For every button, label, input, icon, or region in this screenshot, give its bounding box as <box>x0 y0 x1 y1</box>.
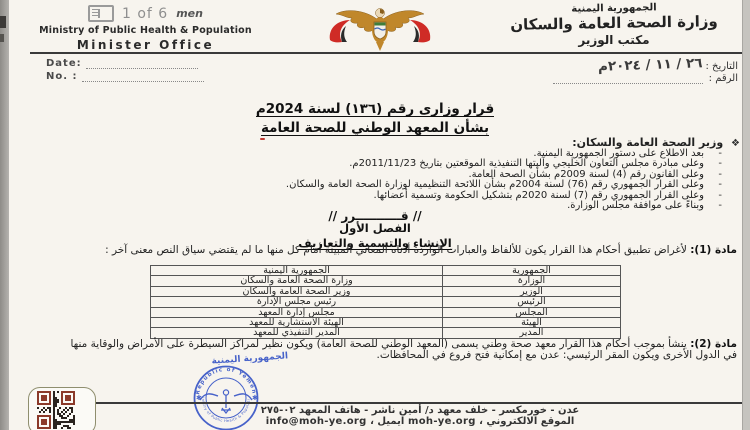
header-rule <box>30 52 742 54</box>
diamond-bullet-icon: ❖ <box>731 138 740 149</box>
number-row-ar: الرقم : <box>553 73 738 84</box>
corner-note: men <box>176 7 203 20</box>
date-label-ar: التاريخ : <box>705 61 738 72</box>
ministry-name-ar: وزارة الصحة العامة والسكان <box>488 12 740 34</box>
header-right: الجمهورية اليمنية وزارة الصحة العامة وال… <box>488 3 740 47</box>
scan-mark <box>0 16 6 28</box>
page-indicator: 1 of 6 <box>122 6 168 22</box>
scan-mark <box>0 34 4 42</box>
decree-title: قرار وزارى رقم (١٣٦) لسنة 2024م بشأن الم… <box>0 98 750 136</box>
term-cell: الوزارة <box>443 276 621 286</box>
number-line <box>82 72 204 82</box>
decree-title-line2: بشأن المعهد الوطني للصحة العامة <box>261 122 489 136</box>
decree-title-line1: قرار وزارى رقم (١٣٦) لسنة 2024م <box>256 103 494 117</box>
definition-cell: مجلس إدارة المعهد <box>151 307 443 317</box>
date-value-handwritten: ٢٦ / ١١ / ٢٠٢٤م <box>598 55 703 75</box>
stamp-calligraphy: الجمهورية اليمنية <box>211 351 288 366</box>
table-row: الوزارة وزارة الصحة العامة والسكان <box>151 276 621 286</box>
definitions-table: الجمهورية الجمهورية اليمنية الوزارة وزار… <box>150 265 621 339</box>
table-row: الجمهورية الجمهورية اليمنية <box>151 266 621 276</box>
term-cell: الرئيس <box>443 297 621 307</box>
table-row: الرئيس رئيس مجلس الإدارة <box>151 297 621 307</box>
term-cell: الجمهورية <box>443 266 621 276</box>
article-1-label: مادة (1): <box>690 244 737 256</box>
header-left: 1 of 6 men Ministry of Public Health & P… <box>38 5 253 52</box>
number-label-ar: الرقم : <box>709 73 738 84</box>
preamble-list: بعد الاطلاع على دستور الجمهورية اليمنية.… <box>40 149 730 211</box>
number-line-ar <box>553 74 703 84</box>
pages-icon[interactable] <box>88 5 114 22</box>
footer-address: عدن - خورمكسر - خلف معهد د/ أمين ناشر - … <box>100 405 740 416</box>
coat-of-arms <box>328 6 432 52</box>
office-name-en: Minister Office <box>38 38 253 52</box>
qr-code <box>28 387 96 430</box>
definition-cell: رئيس مجلس الإدارة <box>151 297 443 307</box>
definition-cell: الجمهورية اليمنية <box>151 266 443 276</box>
scanned-document-page: 1 of 6 men Ministry of Public Health & P… <box>0 0 750 430</box>
definition-cell: المدير التنفيذي للمعهد <box>151 328 443 338</box>
definition-cell: وزارة الصحة العامة والسكان <box>151 276 443 286</box>
ministry-name-en: Ministry of Public Health & Population <box>38 25 253 36</box>
number-row-en: No. : <box>46 71 206 82</box>
no-label-en: No. : <box>46 71 78 82</box>
svg-text:Republic of Yemen: Republic of Yemen <box>195 367 257 395</box>
term-cell: المجلس <box>443 307 621 317</box>
date-line <box>86 59 198 69</box>
article-1: مادة (1): لأغراض تطبيق أحكام هذا القرار … <box>55 245 737 256</box>
term-cell: الهيئة <box>443 318 621 328</box>
date-label-en: Date: <box>46 58 82 69</box>
footer-contact: الموقع الالكتروني ، moh-ye.org ايميل ، i… <box>100 416 740 427</box>
term-cell: المدير <box>443 328 621 338</box>
table-row: الوزير وزير الصحة العامة والسكان <box>151 286 621 296</box>
definition-cell: الهيئة الاستشارية للمعهد <box>151 318 443 328</box>
qr-modules <box>37 391 75 429</box>
stamp-arc-top: Republic of Yemen <box>195 367 257 395</box>
stamp-star-icon: ✱ <box>252 394 258 402</box>
office-name-ar: مكتب الوزير <box>488 33 740 47</box>
article-1-text: لأغراض تطبيق أحكام هذا القرار يكون للألف… <box>105 244 687 256</box>
date-row-ar: التاريخ : ٢٦ / ١١ / ٢٠٢٤م <box>598 57 738 73</box>
footer-rule <box>96 402 742 404</box>
stamp-star-icon: ✱ <box>196 394 202 402</box>
date-row-en: Date: <box>46 58 200 69</box>
table-row: المجلس مجلس إدارة المعهد <box>151 307 621 317</box>
definition-cell: وزير الصحة العامة والسكان <box>151 286 443 296</box>
table-row: الهيئة الهيئة الاستشارية للمعهد <box>151 318 621 328</box>
term-cell: الوزير <box>443 286 621 296</box>
table-row: المدير المدير التنفيذي للمعهد <box>151 328 621 338</box>
